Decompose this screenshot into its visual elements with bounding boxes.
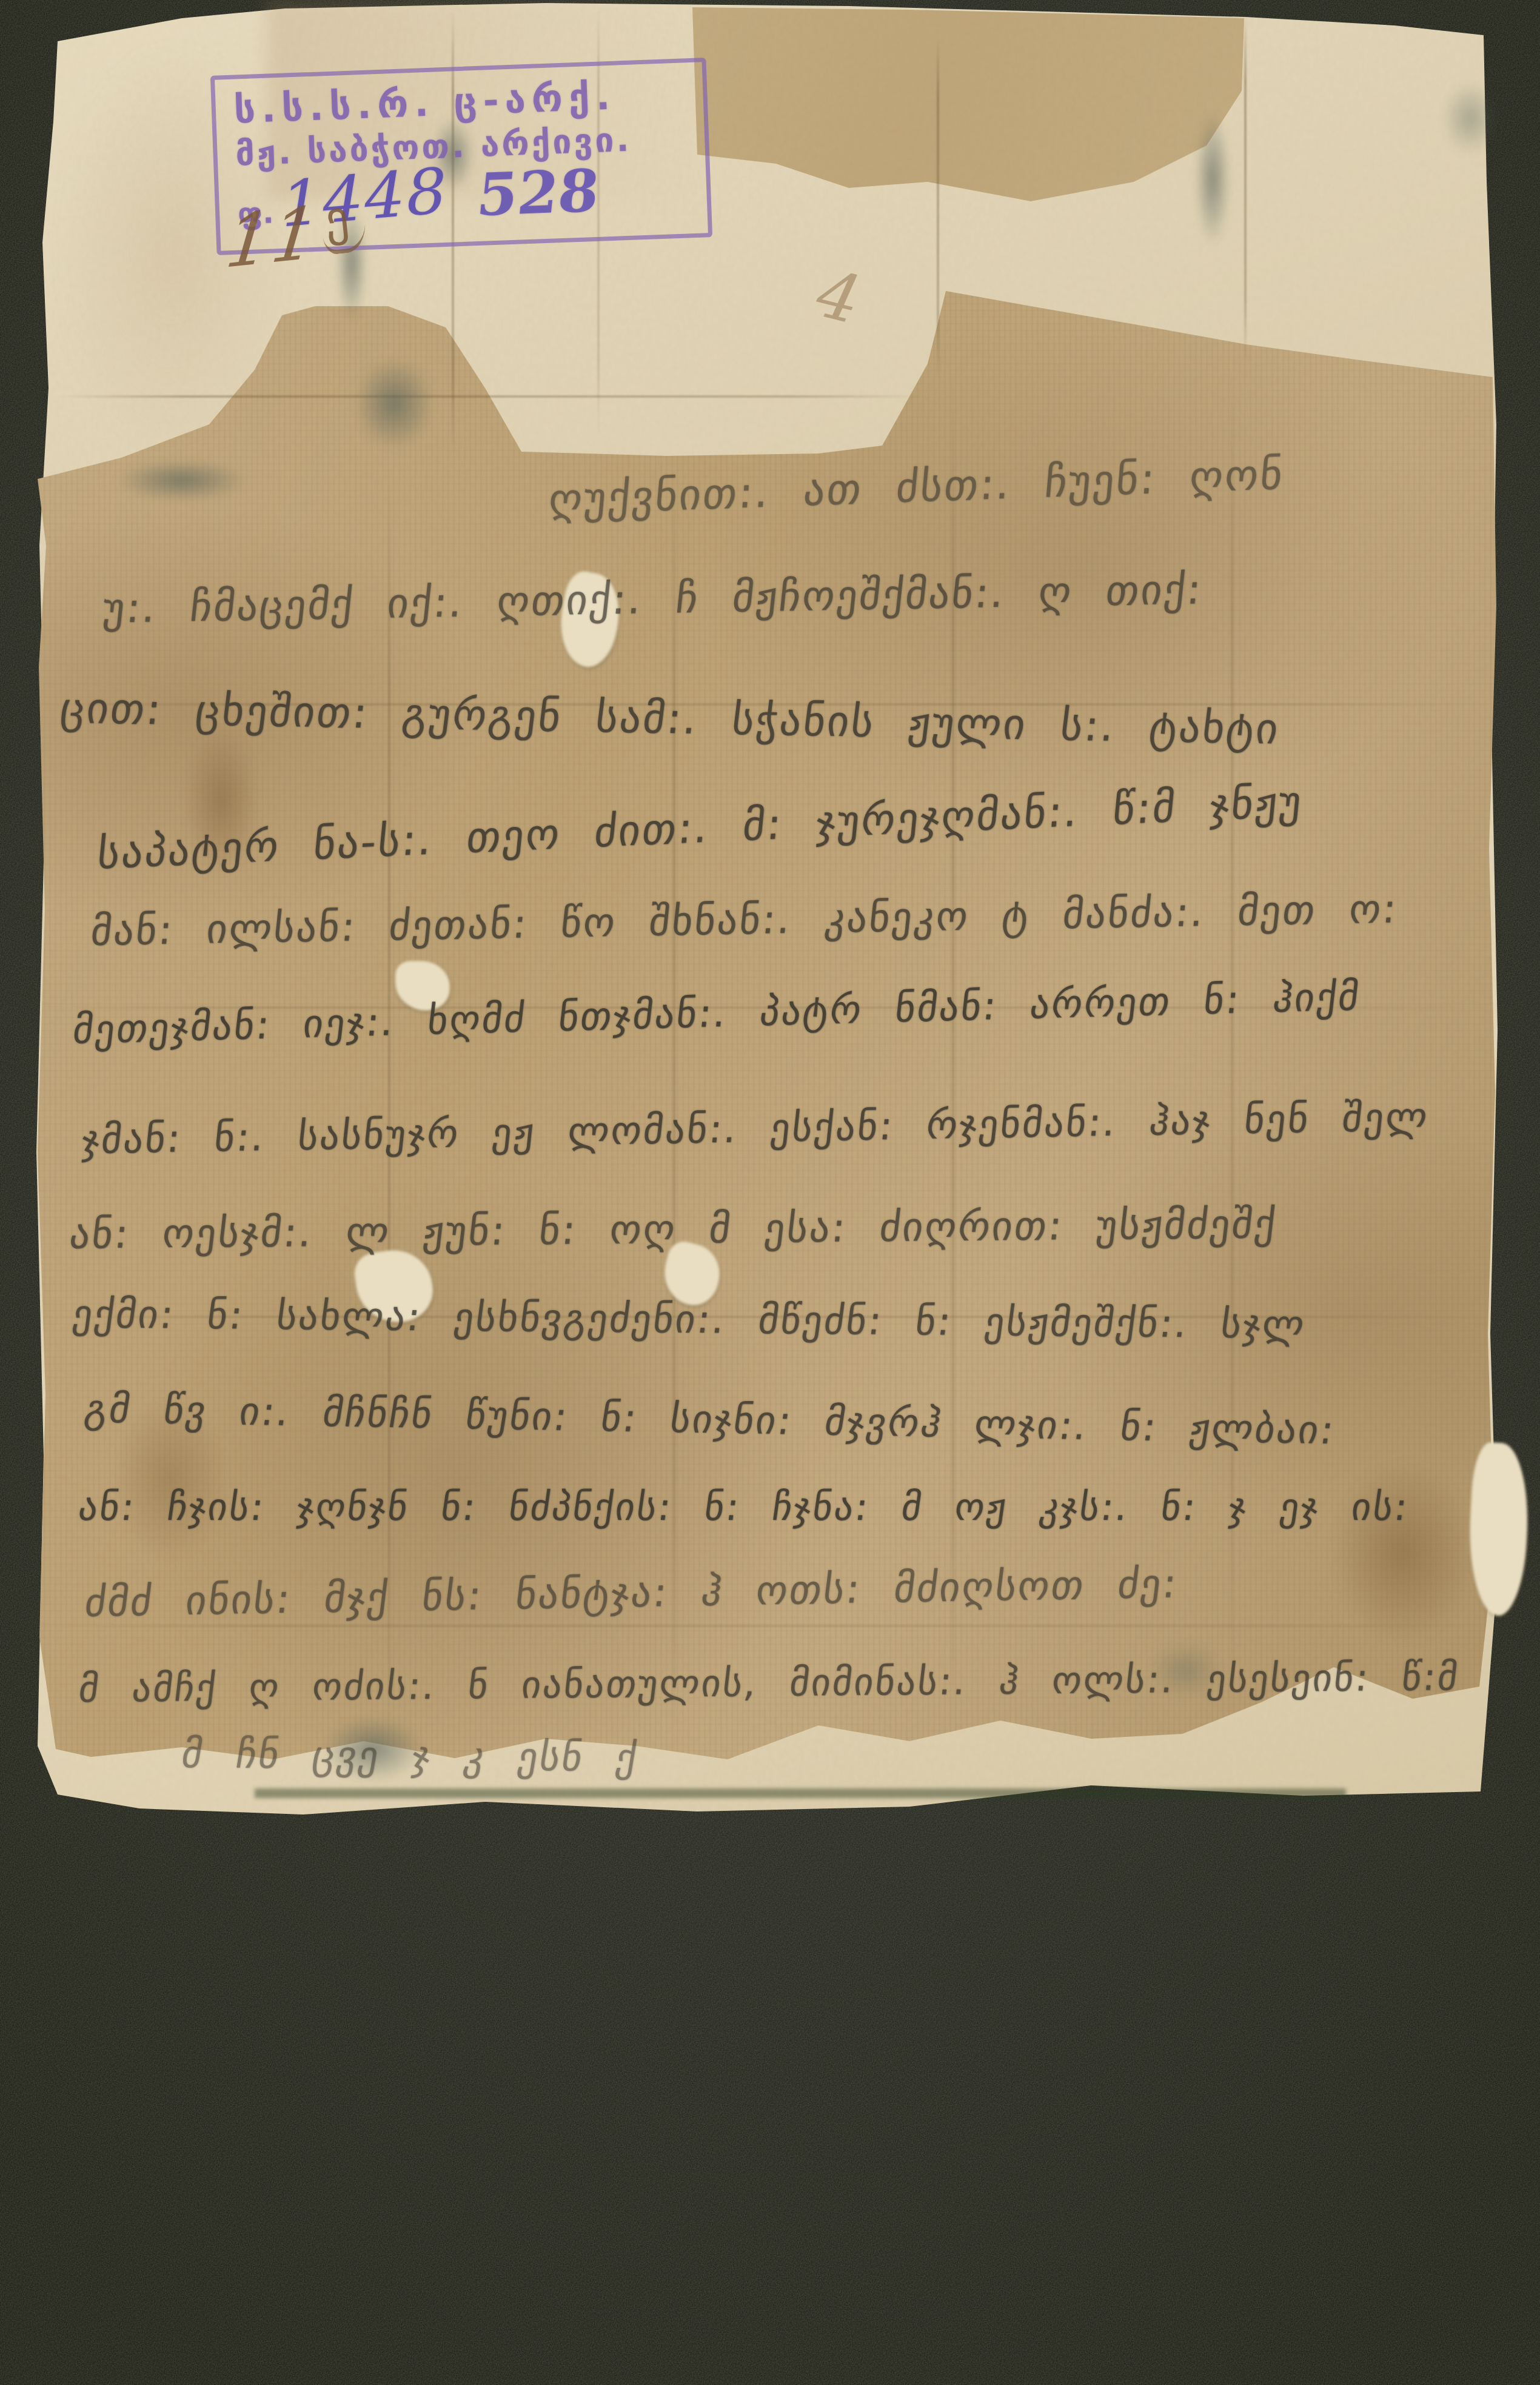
manuscript-line: ჯმან: ნ:. სასნუჯრ ეჟ ლომან:. ესქან: რჯენ… <box>80 1098 1431 1160</box>
manuscript-line: გმ წვ ი:. მჩნჩნ წუნი: ნ: სიჯნი: მჯვრჰ ლჯ… <box>82 1390 1338 1450</box>
manuscript-line: მ ამჩქ ღ ოძის:. ნ იანათულის, მიმინას:. ჰ… <box>77 1658 1462 1708</box>
manuscript-text-block: ღუქვნით:. ათ ძსთ:. ჩუენ: ღონ უ:. ჩმაცემქ… <box>0 0 1540 2385</box>
manuscript-line: ან: ოესჯმ:. ლ ჟუნ: ნ: ოღ მ ესა: ძიღრით: … <box>67 1204 1279 1254</box>
manuscript-line: უ:. ჩმაცემქ იქ:. ღთიქ:. ჩ მჟჩოეშქმან:. ღ… <box>101 569 1205 630</box>
manuscript-line: ექმი: ნ: სახლა: ესხნვგეძენი:. მწეძნ: ნ: … <box>70 1295 1308 1345</box>
paper-bottom-edge-shadow <box>255 1788 1346 1798</box>
manuscript-line: ღუქვნით:. ათ ძსთ:. ჩუენ: ღონ <box>547 453 1286 521</box>
manuscript-line: ძმძ ინის: მჯქ ნს: ნანტჯა: ჰ ოთს: მძიღსოთ… <box>82 1564 1180 1623</box>
photo-background: ს.ს.ს.რ. ც-არქ. მჟ. საბჭოთ. არქივი. ფ. 1… <box>0 0 1540 2385</box>
manuscript-line: მან: ილსან: ძეთან: წო შხნან:. კანეკო ტ მ… <box>89 889 1400 952</box>
manuscript-line: ცით: ცხეშით: გურგენ სამ:. სჭანის ჟული ს:… <box>58 687 1282 751</box>
manuscript-line: ან: ჩჯის: ჯღნჯნ ნ: ნძპნქის: ნ: ჩჯნა: მ ო… <box>76 1488 1412 1526</box>
manuscript-line: საპატერ ნა-ს:. თეო ძით:. მ: ჯურეჯღმან:. … <box>96 780 1305 875</box>
manuscript-line: მეთეჯმან: იეჯ:. ხღმძ ნთჯმან:. პატრ ნმან:… <box>71 977 1362 1050</box>
manuscript-line: მ ჩნ ცვე ჯ კ ესნ ქ <box>179 1735 641 1778</box>
